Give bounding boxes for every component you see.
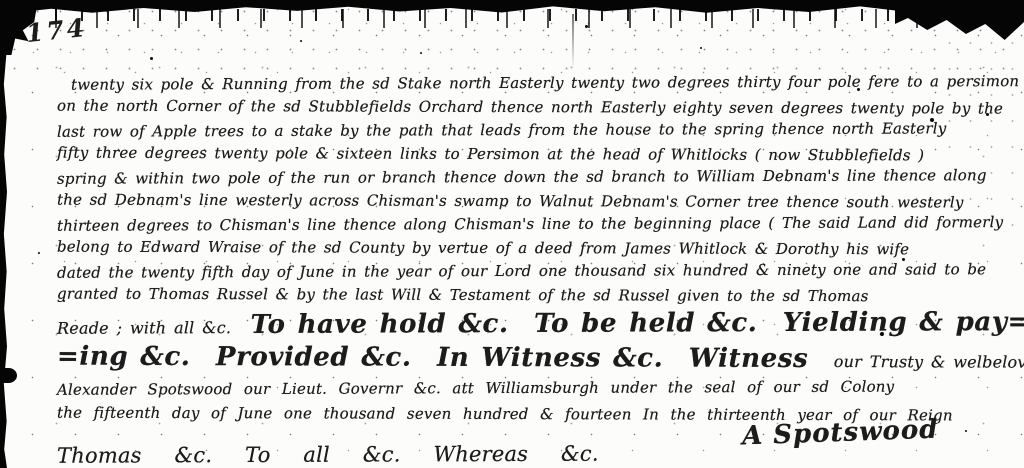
engrossed-provided: Provided &c. [216,342,412,373]
manuscript-line-engrossed: =ing &c. Provided &c. In Witness &c. Wit… [57,340,959,377]
manuscript-text: twenty six pole & Running from the sd St… [57,72,959,466]
ink-speck [965,430,967,432]
manuscript-line: spring & within two pole of the run or b… [57,164,959,191]
manuscript-line: the sd Debnam's line westerly across Chi… [57,188,959,214]
ink-speck [585,25,588,28]
manuscript-line: fifty three degrees twenty pole & sixtee… [57,141,959,167]
ink-speck [300,40,302,42]
engrossed-ing: =ing &c. [57,342,191,372]
engrossed-to-be-held: To be held &c. [534,308,757,339]
engrossed-lead: Reade ; with all &c. [57,318,231,338]
ink-speck [700,47,702,49]
manuscript-line: granted to Thomas Russel & by the last W… [57,282,959,308]
manuscript-line-engrossed: Reade ; with all &c. To have hold &c. To… [57,305,959,342]
engrossed-witness: Witness [689,344,809,374]
manuscript-line: twenty six pole & Running from the sd St… [57,70,959,97]
manuscript-line: thirteen degrees to Chisman's line thenc… [57,211,959,238]
manuscript-line: dated the twenty fifth day of June in th… [57,258,959,285]
engrossed-to-have-hold: To have hold &c. [251,309,509,340]
manuscript-line: on the north Corner of the sd Stubblefie… [57,94,959,120]
engrossed-yielding: Yielding & pay= [783,307,1024,338]
speckle-noise-top [0,0,1024,72]
film-edge-blob [0,368,17,383]
manuscript-line: Alexander Spotswood our Lieut. Governr &… [57,373,959,402]
engrossed-in-witness: In Witness &c. [437,343,663,374]
ink-speck [150,57,153,60]
ink-speck [420,52,422,54]
ink-speck [38,252,40,254]
manuscript-line: last row of Apple trees to a stake by th… [57,117,959,144]
engrossed-trail: our Trusty & welbeloved [834,352,1024,372]
microfilm-scan: 174 twenty six pole & Running from the s… [0,0,1024,468]
manuscript-line: belong to Edward Wraise of the sd County… [57,235,959,261]
